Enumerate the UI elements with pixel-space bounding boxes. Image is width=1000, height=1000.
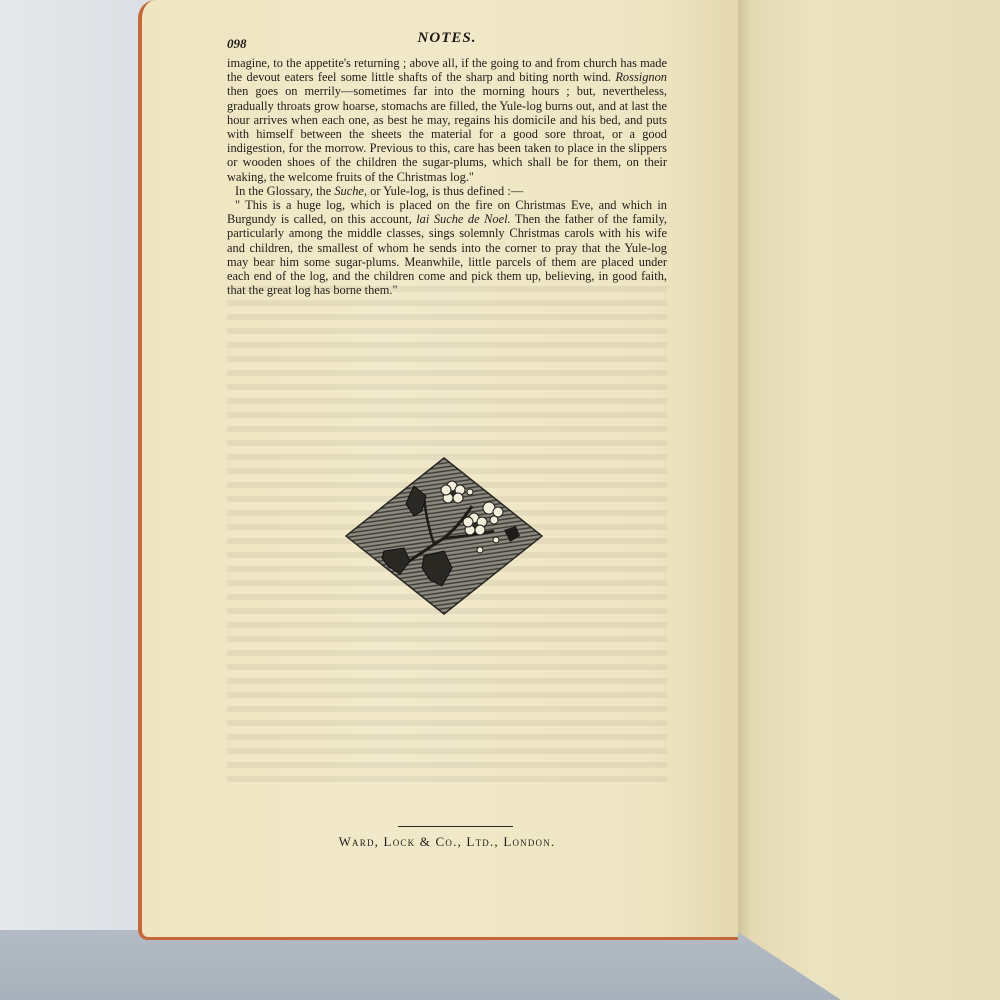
text-segment: imagine, to the appetite's returning ; a… [227, 56, 667, 84]
publisher-imprint: Ward, Lock & Co., Ltd., London. [227, 834, 667, 850]
paragraph: In the Glossary, the Suche, or Yule-log,… [227, 184, 667, 198]
italic-name: Rossignon [615, 70, 667, 84]
page-header: 098 NOTES. [227, 28, 667, 52]
book-page: 098 NOTES. imagine, to the appetite's re… [138, 0, 738, 940]
italic-term: Suche [334, 184, 364, 198]
quotation-paragraph: " This is a huge log, which is placed on… [227, 198, 667, 297]
publisher-rule [398, 826, 513, 827]
paragraph: imagine, to the appetite's returning ; a… [227, 56, 667, 184]
facing-page [735, 0, 1000, 1000]
italic-term: lai Suche de Noel. [416, 212, 510, 226]
body-text: imagine, to the appetite's returning ; a… [227, 56, 667, 297]
running-title: NOTES. [227, 30, 667, 47]
text-segment: , or Yule-log, is thus defined :— [364, 184, 523, 198]
text-segment: then goes on merrily—sometimes far into … [227, 84, 667, 183]
text-segment: In the Glossary, the [235, 184, 334, 198]
floral-diamond-engraving-icon [344, 456, 544, 616]
